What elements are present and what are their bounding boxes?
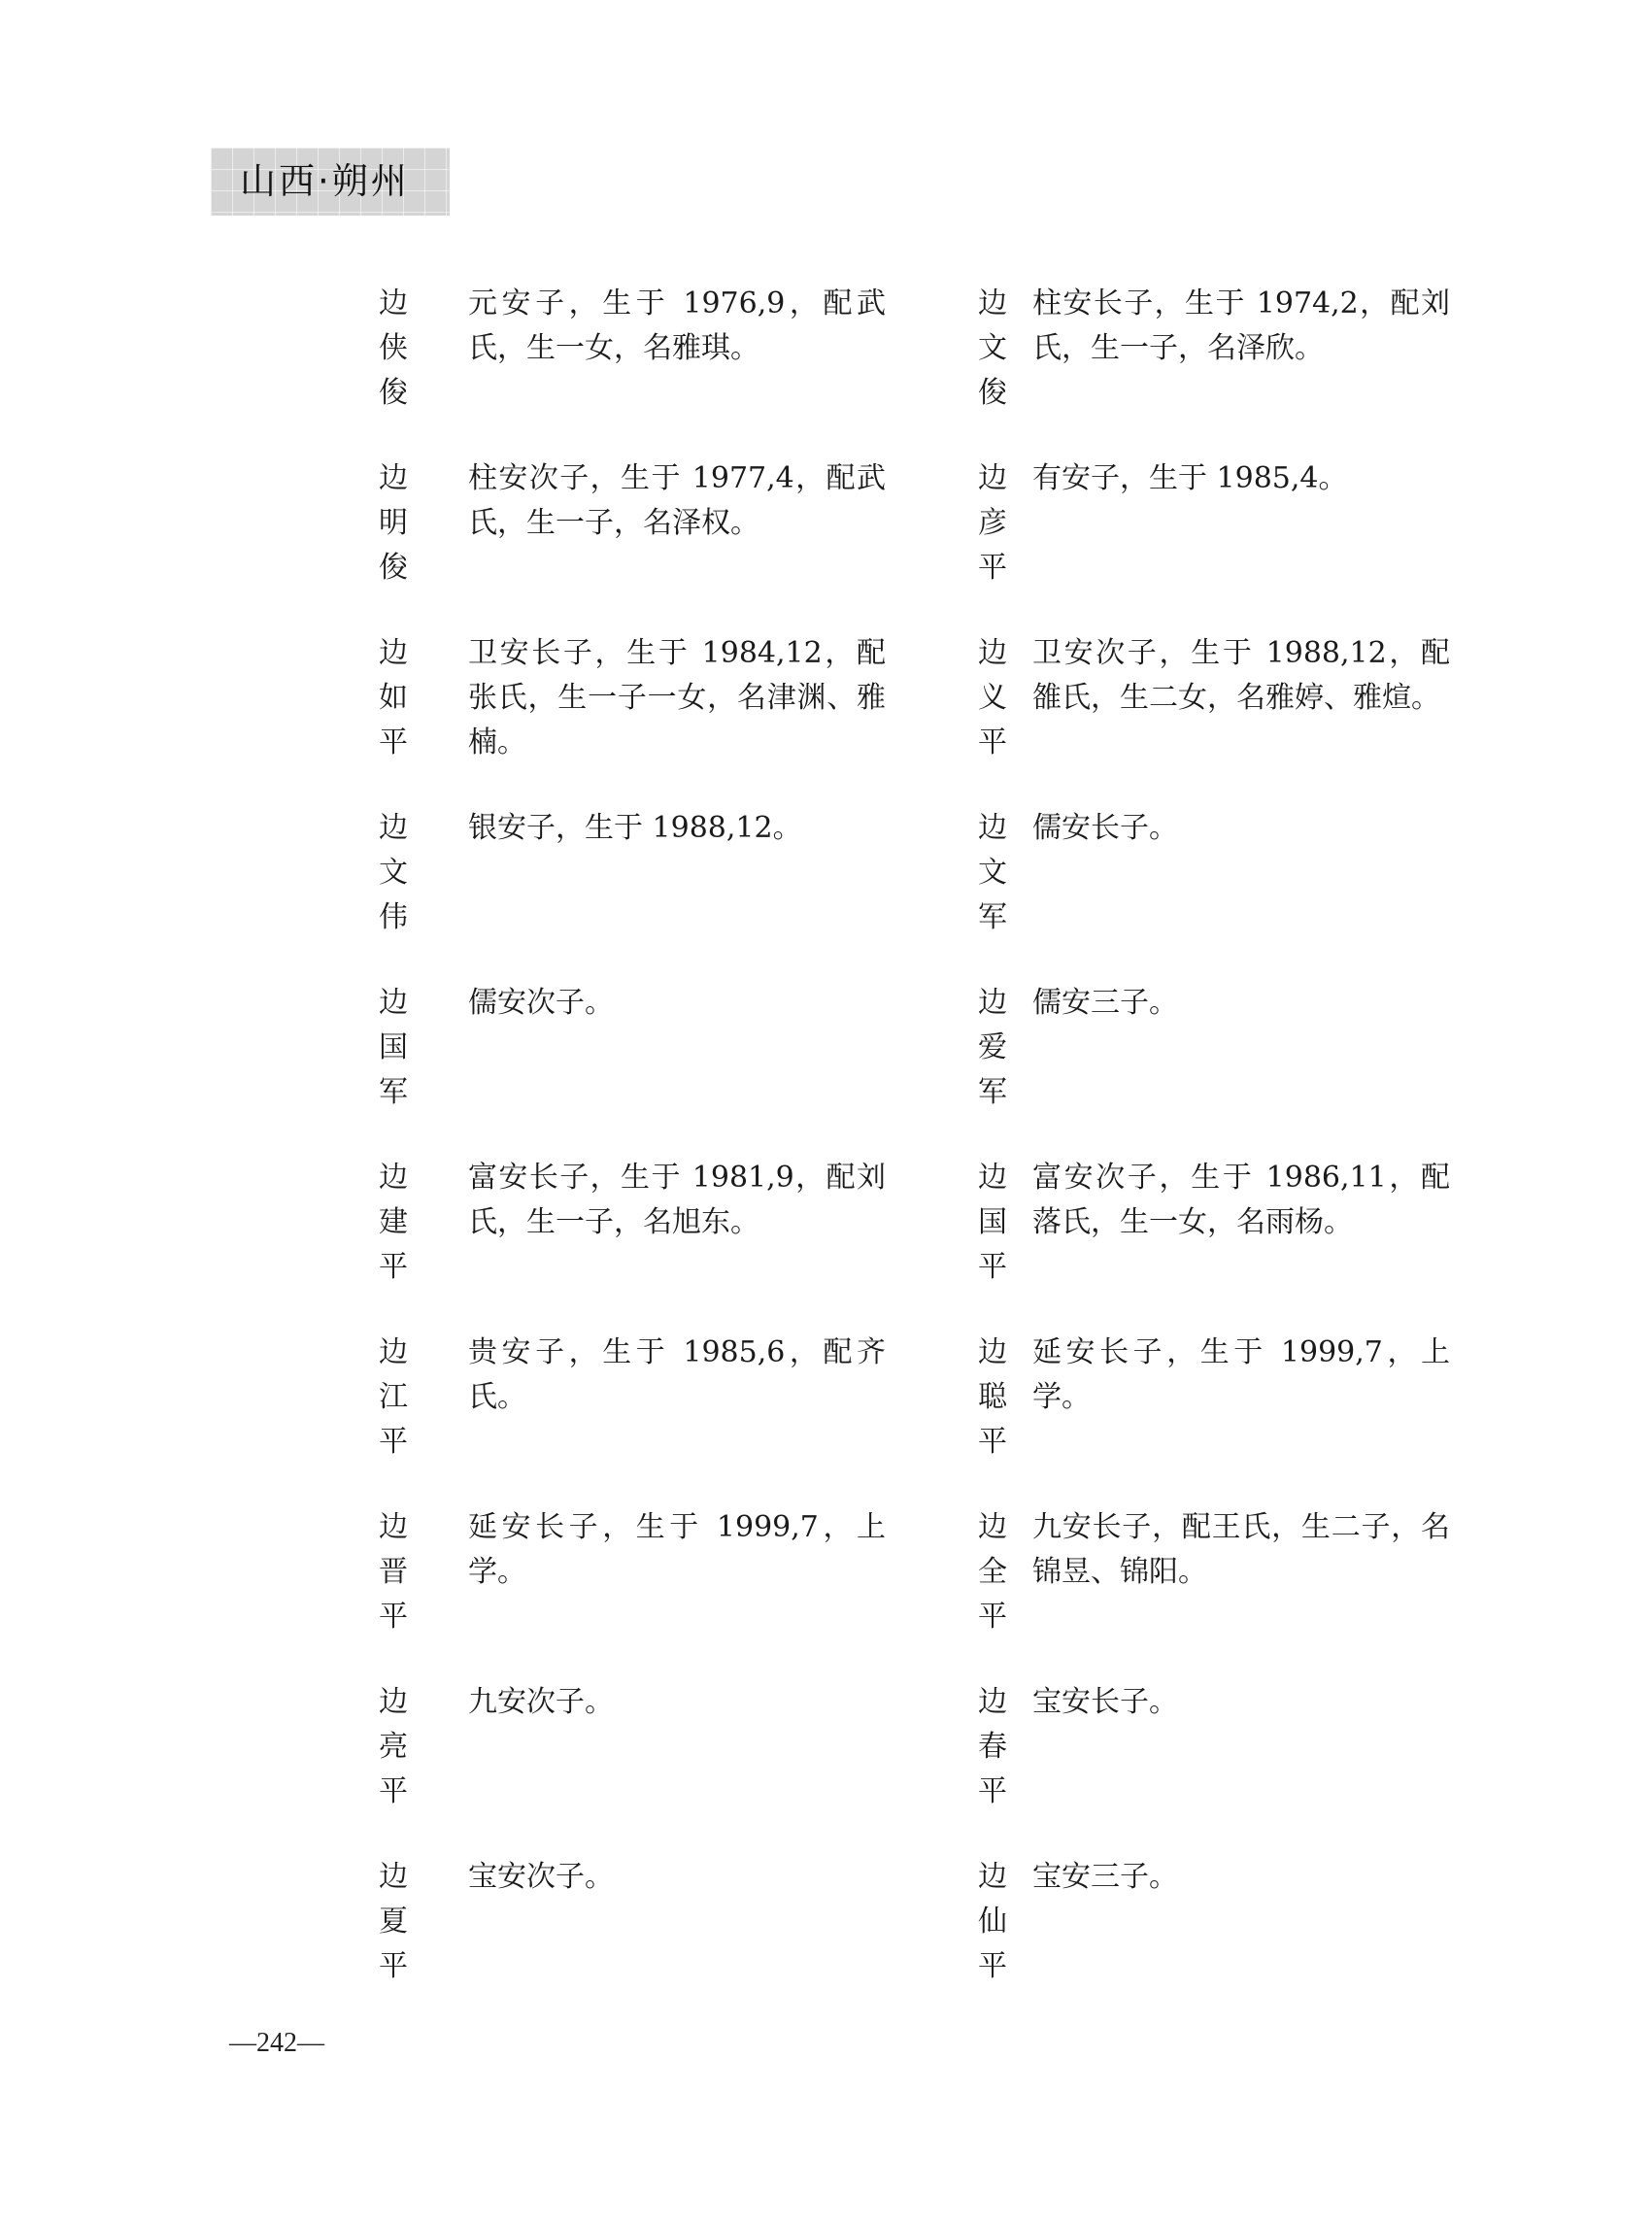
person-description: 柱安次子，生于 1977,4，配武氏，生一子，名泽权。	[468, 456, 886, 546]
person-name: 边全平	[973, 1505, 1012, 1639]
person-description: 元安子，生于 1976,9，配武氏，生一女，名雅琪。	[468, 282, 886, 371]
person-description: 宝安三子。	[1032, 1855, 1450, 1900]
person-name: 边文俊	[973, 282, 1012, 416]
person-description: 延安长子，生于 1999,7，上学。	[1032, 1331, 1450, 1420]
person-name: 边聪平	[973, 1331, 1012, 1465]
person-description: 延安长子，生于 1999,7，上学。	[468, 1505, 886, 1595]
genealogy-entries: 边侠俊 元安子，生于 1976,9，配武氏，生一女，名雅琪。 边明俊 柱安次子，…	[0, 0, 1652, 2226]
person-name: 边国平	[973, 1156, 1012, 1290]
person-name: 边爱军	[973, 981, 1012, 1115]
person-description: 九安长子，配王氏，生二子，名锦昱、锦阳。	[1032, 1505, 1450, 1595]
person-description: 宝安次子。	[468, 1855, 886, 1900]
person-name: 边江平	[374, 1331, 413, 1465]
person-description: 卫安次子，生于 1988,12，配雒氏，生二女，名雅婷、雅煊。	[1032, 631, 1450, 721]
person-description: 儒安长子。	[1032, 806, 1450, 851]
person-name: 边文伟	[374, 806, 413, 940]
person-description: 儒安次子。	[468, 981, 886, 1026]
person-name: 边晋平	[374, 1505, 413, 1639]
person-description: 贵安子，生于 1985,6，配齐氏。	[468, 1331, 886, 1420]
person-name: 边亮平	[374, 1680, 413, 1814]
person-name: 边夏平	[374, 1855, 413, 1989]
person-description: 银安子，生于 1988,12。	[468, 806, 886, 851]
person-name: 边春平	[973, 1680, 1012, 1814]
person-name: 边侠俊	[374, 282, 413, 416]
person-name: 边建平	[374, 1156, 413, 1290]
person-name: 边彦平	[973, 456, 1012, 590]
person-name: 边文军	[973, 806, 1012, 940]
person-description: 富安次子，生于 1986,11，配落氏，生一女，名雨杨。	[1032, 1156, 1450, 1245]
person-description: 卫安长子，生于 1984,12，配张氏，生一子一女，名津渊、雅楠。	[468, 631, 886, 765]
person-description: 宝安长子。	[1032, 1680, 1450, 1725]
person-name: 边如平	[374, 631, 413, 765]
person-name: 边明俊	[374, 456, 413, 590]
person-description: 柱安长子，生于 1974,2，配刘氏，生一子，名泽欣。	[1032, 282, 1450, 371]
person-name: 边国军	[374, 981, 413, 1115]
page-number: —242—	[229, 2028, 324, 2059]
person-name: 边仙平	[973, 1855, 1012, 1989]
person-description: 九安次子。	[468, 1680, 886, 1725]
person-description: 有安子，生于 1985,4。	[1032, 456, 1450, 501]
person-name: 边义平	[973, 631, 1012, 765]
person-description: 富安长子，生于 1981,9，配刘氏，生一子，名旭东。	[468, 1156, 886, 1245]
person-description: 儒安三子。	[1032, 981, 1450, 1026]
